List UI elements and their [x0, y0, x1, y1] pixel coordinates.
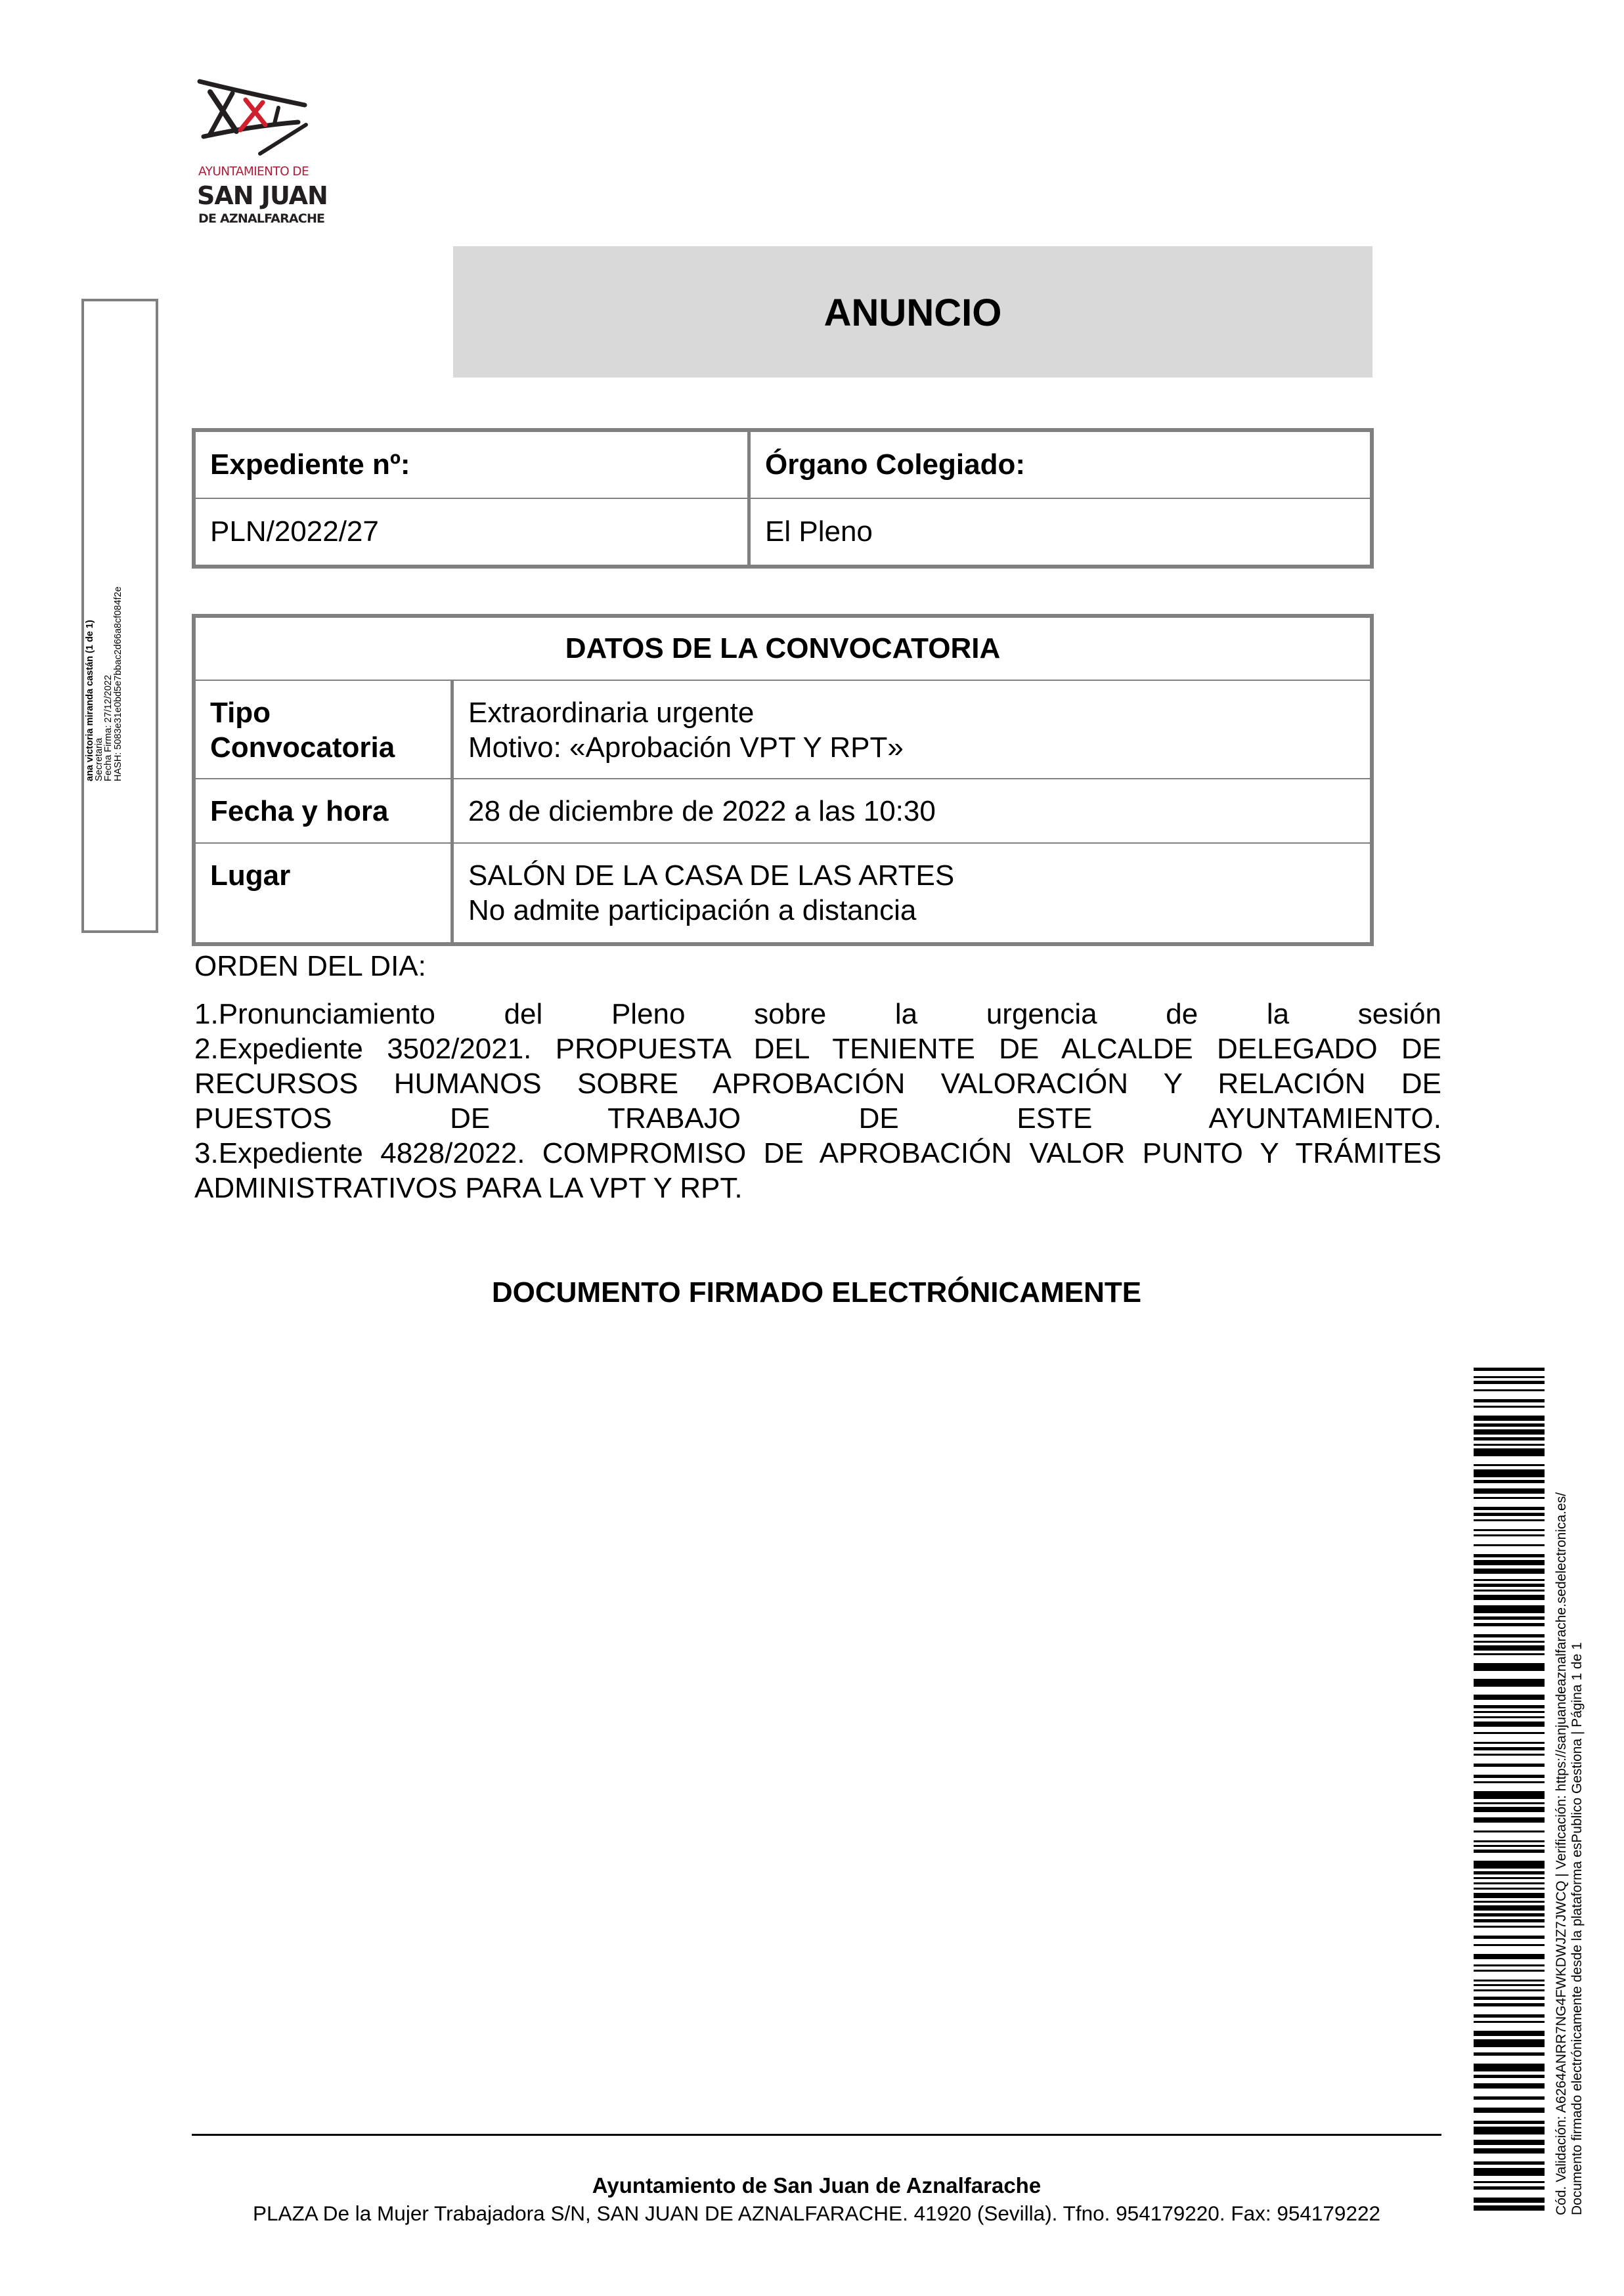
tipo-value: Extraordinaria urgente Motivo: «Aprobaci…: [452, 680, 1372, 779]
lugar-label: Lugar: [194, 843, 452, 944]
fecha-value-line: 28 de diciembre de 2022 a las 10:30: [468, 794, 1370, 829]
agenda-line: 1.Pronunciamiento del Pleno sobre la urg…: [194, 997, 1441, 1031]
agenda-line: PUESTOS DE TRABAJO DE ESTE AYUNTAMIENTO.: [194, 1101, 1441, 1136]
page-title: ANUNCIO: [453, 291, 1372, 335]
footer-address: PLAZA De la Mujer Trabajadora S/N, SAN J…: [192, 2201, 1441, 2226]
agenda-line: ADMINISTRATIVOS PARA LA VPT Y RPT.: [194, 1171, 1441, 1205]
participacion-value-line: No admite participación a distancia: [468, 893, 1370, 928]
signed-notice: DOCUMENTO FIRMADO ELECTRÓNICAMENTE: [192, 1276, 1441, 1309]
signer-role: Secretaria: [95, 586, 104, 781]
tipo-label-line: Convocatoria: [210, 730, 450, 765]
agenda-line: 2.Expediente 3502/2021. PROPUESTA DEL TE…: [194, 1031, 1441, 1066]
organo-value: El Pleno: [749, 498, 1372, 567]
validation-code-line: Cód. Validación: A6264ANRR7NG4FWKDWJZ7JW…: [1554, 1492, 1569, 2215]
lugar-value-line: SALÓN DE LA CASA DE LAS ARTES: [468, 858, 1370, 893]
municipality-logo: AYUNTAMIENTO DE SAN JUAN DE AZNALFARACHE: [194, 74, 313, 231]
logo-emblem-icon: [194, 74, 313, 159]
agenda-line: 3.Expediente 4828/2022. COMPROMISO DE AP…: [194, 1136, 1441, 1171]
lugar-label-line: Lugar: [210, 858, 450, 893]
fecha-value: 28 de diciembre de 2022 a las 10:30: [452, 779, 1372, 843]
organo-label: Órgano Colegiado:: [749, 430, 1372, 498]
platform-line: Documento firmado electrónicamente desde…: [1569, 1492, 1585, 2215]
barcode-icon: [1474, 1368, 1545, 2215]
logo-text-san-juan: SAN JUAN: [197, 181, 328, 210]
expediente-value: PLN/2022/27: [194, 498, 749, 567]
table-row: Fecha y hora 28 de diciembre de 2022 a l…: [194, 779, 1372, 843]
convocatoria-heading: DATOS DE LA CONVOCATORIA: [194, 616, 1372, 680]
footer-organization: Ayuntamiento de San Juan de Aznalfarache: [192, 2173, 1441, 2198]
footer-divider: [192, 2134, 1441, 2136]
tipo-value-line: Extraordinaria urgente: [468, 695, 1370, 730]
tipo-label: Tipo Convocatoria: [194, 680, 452, 779]
title-banner: ANUNCIO: [453, 246, 1372, 378]
orden-del-dia-list: 1.Pronunciamiento del Pleno sobre la urg…: [194, 997, 1441, 1205]
verification-text: Cód. Validación: A6264ANRR7NG4FWKDWJZ7JW…: [1554, 1492, 1585, 2215]
signature-date: Fecha Firma: 27/12/2022: [104, 586, 113, 781]
signature-hash: HASH: 5083e31e0bd5e7bbac2d66a8cf084f2e: [114, 586, 123, 781]
orden-del-dia-title: ORDEN DEL DIA:: [194, 950, 426, 983]
convocatoria-table: DATOS DE LA CONVOCATORIA Tipo Convocator…: [192, 614, 1374, 946]
table-row: Lugar SALÓN DE LA CASA DE LAS ARTES No a…: [194, 843, 1372, 944]
motivo-value-line: Motivo: «Aprobación VPT Y RPT»: [468, 730, 1370, 765]
signature-details: ana victoria miranda castán (1 de 1) Sec…: [85, 586, 123, 781]
expediente-table: Expediente nº: Órgano Colegiado: PLN/202…: [192, 428, 1374, 569]
fecha-label: Fecha y hora: [194, 779, 452, 843]
table-row: Tipo Convocatoria Extraordinaria urgente…: [194, 680, 1372, 779]
expediente-label: Expediente nº:: [194, 430, 749, 498]
tipo-label-line: Tipo: [210, 695, 450, 730]
fecha-label-line: Fecha y hora: [210, 794, 450, 829]
logo-text-aznalfarache: DE AZNALFARACHE: [198, 211, 324, 226]
signer-name: ana victoria miranda castán (1 de 1): [85, 586, 95, 781]
lugar-value: SALÓN DE LA CASA DE LAS ARTES No admite …: [452, 843, 1372, 944]
logo-text-ayuntamiento: AYUNTAMIENTO DE: [198, 165, 309, 179]
agenda-line: RECURSOS HUMANOS SOBRE APROBACIÓN VALORA…: [194, 1066, 1441, 1101]
